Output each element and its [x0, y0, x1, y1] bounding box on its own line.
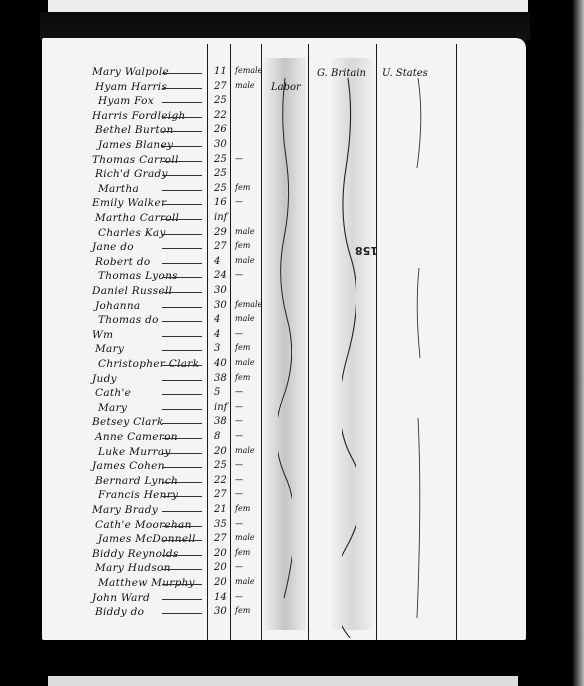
- entry-name: Bernard Lynch: [95, 475, 178, 487]
- entry-sex: —: [235, 592, 243, 601]
- entry-name: Martha Carroll: [95, 212, 179, 224]
- entry-age: 25: [214, 183, 227, 194]
- list-item: Mary3fem: [42, 343, 272, 356]
- entry-sex: —: [235, 329, 243, 338]
- list-item: Christopher Clark40male: [42, 358, 272, 371]
- leader-dash: [162, 219, 202, 220]
- leader-dash: [162, 365, 202, 366]
- ditto-line: [342, 78, 356, 638]
- list-item: Biddy Reynolds20fem: [42, 548, 272, 561]
- entry-sex: male: [235, 446, 255, 455]
- entry-name: James McDonnell: [98, 533, 196, 545]
- entry-sex: —: [235, 431, 243, 440]
- list-item: Thomas Carroll25—: [42, 154, 272, 167]
- origin-note: G. Britain: [317, 68, 366, 79]
- entry-age: 8: [214, 431, 220, 442]
- entry-sex: —: [235, 460, 243, 469]
- entry-name: Robert do: [95, 256, 150, 268]
- leader-dash: [162, 409, 202, 410]
- entry-name: Mary Walpole: [92, 66, 169, 78]
- list-item: Thomas Lyons24—: [42, 270, 272, 283]
- entry-name: Cath'e Moorehan: [95, 519, 192, 531]
- entry-name: Mary Hudson: [95, 562, 171, 574]
- entry-age: 38: [214, 373, 227, 384]
- entry-age: 16: [214, 197, 227, 208]
- leader-dash: [162, 453, 202, 454]
- entry-name: Mary: [95, 343, 124, 355]
- entry-sex: fem: [235, 373, 250, 382]
- leader-dash: [162, 248, 202, 249]
- entry-age: 5: [214, 387, 220, 398]
- leader-dash: [162, 584, 202, 585]
- leader-dash: [162, 526, 202, 527]
- leader-dash: [162, 599, 202, 600]
- entry-name: Hyam Fox: [98, 95, 154, 107]
- leader-dash: [162, 175, 202, 176]
- entry-age: 20: [214, 562, 227, 573]
- leader-dash: [162, 540, 202, 541]
- list-item: Martha Carrollinf: [42, 212, 272, 225]
- list-item: Bethel Burton26: [42, 124, 272, 137]
- list-item: John Ward14—: [42, 592, 272, 605]
- list-item: Anne Cameron8—: [42, 431, 272, 444]
- entry-age: 30: [214, 285, 227, 296]
- entry-age: 4: [214, 329, 220, 340]
- list-item: Harris Fordleigh22: [42, 110, 272, 123]
- list-item: Charles Kay29male: [42, 227, 272, 240]
- entry-age: 38: [214, 416, 227, 427]
- list-item: Daniel Russell30: [42, 285, 272, 298]
- entry-sex: —: [235, 387, 243, 396]
- leader-dash: [162, 102, 202, 103]
- leader-dash: [162, 131, 202, 132]
- entry-age: inf: [214, 212, 227, 223]
- entry-sex: male: [235, 358, 255, 367]
- entry-age: 25: [214, 460, 227, 471]
- entry-age: 25: [214, 168, 227, 179]
- entry-sex: male: [235, 227, 255, 236]
- entry-age: 29: [214, 227, 227, 238]
- entry-sex: male: [235, 256, 255, 265]
- entry-age: 40: [214, 358, 227, 369]
- entry-sex: —: [235, 562, 243, 571]
- entry-sex: —: [235, 475, 243, 484]
- entry-sex: —: [235, 489, 243, 498]
- entry-sex: male: [235, 314, 255, 323]
- leader-dash: [162, 438, 202, 439]
- entry-sex: male: [235, 533, 255, 542]
- entry-name: Hyam Harris: [95, 81, 167, 93]
- entry-sex: —: [235, 402, 243, 411]
- entry-sex: female: [235, 300, 262, 309]
- leader-dash: [162, 380, 202, 381]
- entry-name: Judy: [92, 373, 117, 385]
- entry-name: Thomas do: [98, 314, 159, 326]
- leader-dash: [162, 277, 202, 278]
- entry-age: 11: [214, 66, 227, 77]
- entry-sex: fem: [235, 548, 250, 557]
- list-item: Hyam Harris27male: [42, 81, 272, 94]
- entry-name: Emily Walker: [92, 197, 166, 209]
- list-item: Luke Murray20male: [42, 446, 272, 459]
- list-item: Biddy do30fem: [42, 606, 272, 619]
- entry-age: 30: [214, 139, 227, 150]
- list-item: Bernard Lynch22—: [42, 475, 272, 488]
- entry-name: John Ward: [92, 592, 150, 604]
- entry-name: Daniel Russell: [92, 285, 172, 297]
- list-item: Hyam Fox25: [42, 95, 272, 108]
- entry-name: Luke Murray: [98, 446, 171, 458]
- leader-dash: [162, 467, 202, 468]
- list-item: Johanna30female: [42, 300, 272, 313]
- list-item: Cath'e5—: [42, 387, 272, 400]
- leader-dash: [162, 321, 202, 322]
- entry-sex: fem: [235, 343, 250, 352]
- entry-age: 35: [214, 519, 227, 530]
- entry-name: Thomas Lyons: [98, 270, 178, 282]
- occupation-note: Labor: [271, 82, 301, 93]
- page-number-stamp: 158: [355, 244, 378, 257]
- entry-name: Charles Kay: [98, 227, 166, 239]
- entry-sex: fem: [235, 183, 250, 192]
- entry-name: Anne Cameron: [95, 431, 178, 443]
- entry-age: 27: [214, 533, 227, 544]
- leader-dash: [162, 613, 202, 614]
- list-item: James Blaney30: [42, 139, 272, 152]
- list-item: Rich'd Grady25: [42, 168, 272, 181]
- leader-dash: [162, 496, 202, 497]
- leader-dash: [162, 204, 202, 205]
- entry-name: Christopher Clark: [98, 358, 199, 370]
- leader-dash: [162, 394, 202, 395]
- entry-name: Rich'd Grady: [95, 168, 168, 180]
- entry-name: Biddy do: [95, 606, 144, 618]
- leader-dash: [162, 423, 202, 424]
- entry-age: inf: [214, 402, 227, 413]
- entry-age: 22: [214, 110, 227, 121]
- entry-age: 27: [214, 241, 227, 252]
- entry-age: 30: [214, 606, 227, 617]
- list-item: James McDonnell27male: [42, 533, 272, 546]
- entry-sex: fem: [235, 504, 250, 513]
- destination-note: U. States: [382, 68, 428, 79]
- list-item: Mary Brady21fem: [42, 504, 272, 517]
- entry-name: Harris Fordleigh: [92, 110, 186, 122]
- entry-sex: fem: [235, 606, 250, 615]
- entry-name: Mary Brady: [92, 504, 158, 516]
- list-item: Judy38fem: [42, 373, 272, 386]
- list-item: Emily Walker16—: [42, 197, 272, 210]
- entry-age: 14: [214, 592, 227, 603]
- entry-sex: —: [235, 270, 243, 279]
- list-item: Thomas do4male: [42, 314, 272, 327]
- list-item: Mary Walpole11female: [42, 66, 272, 79]
- entry-age: 20: [214, 446, 227, 457]
- entry-sex: male: [235, 81, 255, 90]
- leader-dash: [162, 336, 202, 337]
- entry-age: 21: [214, 504, 227, 515]
- leader-dash: [162, 350, 202, 351]
- entry-name: Cath'e: [95, 387, 131, 399]
- leader-dash: [162, 234, 202, 235]
- entry-age: 3: [214, 343, 220, 354]
- list-item: Martha25fem: [42, 183, 272, 196]
- entry-name: Jane do: [92, 241, 134, 253]
- list-item: Betsey Clark38—: [42, 416, 272, 429]
- list-item: Francis Henry27—: [42, 489, 272, 502]
- leader-dash: [162, 555, 202, 556]
- leader-dash: [162, 482, 202, 483]
- next-page-edge: [48, 676, 518, 686]
- leader-dash: [162, 161, 202, 162]
- list-item: Jane do27fem: [42, 241, 272, 254]
- list-item: Matthew Murphy20male: [42, 577, 272, 590]
- leader-dash: [162, 569, 202, 570]
- list-item: Robert do4male: [42, 256, 272, 269]
- entry-age: 30: [214, 300, 227, 311]
- list-item: Mary Hudson20—: [42, 562, 272, 575]
- list-item: Maryinf—: [42, 402, 272, 415]
- leader-dash: [162, 88, 202, 89]
- entry-name: James Blaney: [98, 139, 173, 151]
- entry-name: Biddy Reynolds: [92, 548, 179, 560]
- entry-age: 25: [214, 95, 227, 106]
- entry-sex: female: [235, 66, 262, 75]
- column-rule: [308, 44, 309, 640]
- list-item: Wm4—: [42, 329, 272, 342]
- entry-sex: —: [235, 154, 243, 163]
- entry-name: Betsey Clark: [92, 416, 164, 428]
- entry-name: Bethel Burton: [95, 124, 174, 136]
- entry-name: James Cohen: [92, 460, 165, 472]
- column-rule: [456, 44, 457, 640]
- entry-age: 4: [214, 256, 220, 267]
- entry-age: 26: [214, 124, 227, 135]
- entry-age: 24: [214, 270, 227, 281]
- leader-dash: [162, 307, 202, 308]
- column-rule: [376, 44, 377, 640]
- entry-age: 22: [214, 475, 227, 486]
- entry-sex: —: [235, 197, 243, 206]
- fold-shadow: [40, 12, 530, 40]
- entry-age: 25: [214, 154, 227, 165]
- entry-name: Thomas Carroll: [92, 154, 179, 166]
- entry-age: 20: [214, 548, 227, 559]
- entry-age: 27: [214, 81, 227, 92]
- leader-dash: [162, 190, 202, 191]
- entry-name: Martha: [98, 183, 139, 195]
- document-page: Labor G. Britain U. States 158 Mary Walp…: [42, 38, 526, 640]
- ditto-line: [278, 78, 292, 598]
- entry-name: Wm: [92, 329, 113, 341]
- ditto-line: [412, 78, 426, 618]
- entry-age: 4: [214, 314, 220, 325]
- list-item: Cath'e Moorehan35—: [42, 519, 272, 532]
- entry-name: Matthew Murphy: [98, 577, 195, 589]
- entry-name: Francis Henry: [98, 489, 178, 501]
- scan-edge: [572, 0, 584, 686]
- leader-dash: [162, 511, 202, 512]
- entry-name: Johanna: [95, 300, 140, 312]
- entry-sex: fem: [235, 241, 250, 250]
- leader-dash: [162, 292, 202, 293]
- entry-sex: male: [235, 577, 255, 586]
- entry-sex: —: [235, 416, 243, 425]
- list-item: James Cohen25—: [42, 460, 272, 473]
- leader-dash: [162, 73, 202, 74]
- leader-dash: [162, 146, 202, 147]
- leader-dash: [162, 263, 202, 264]
- entry-age: 27: [214, 489, 227, 500]
- leader-dash: [162, 117, 202, 118]
- entry-sex: —: [235, 519, 243, 528]
- entry-age: 20: [214, 577, 227, 588]
- entry-name: Mary: [98, 402, 127, 414]
